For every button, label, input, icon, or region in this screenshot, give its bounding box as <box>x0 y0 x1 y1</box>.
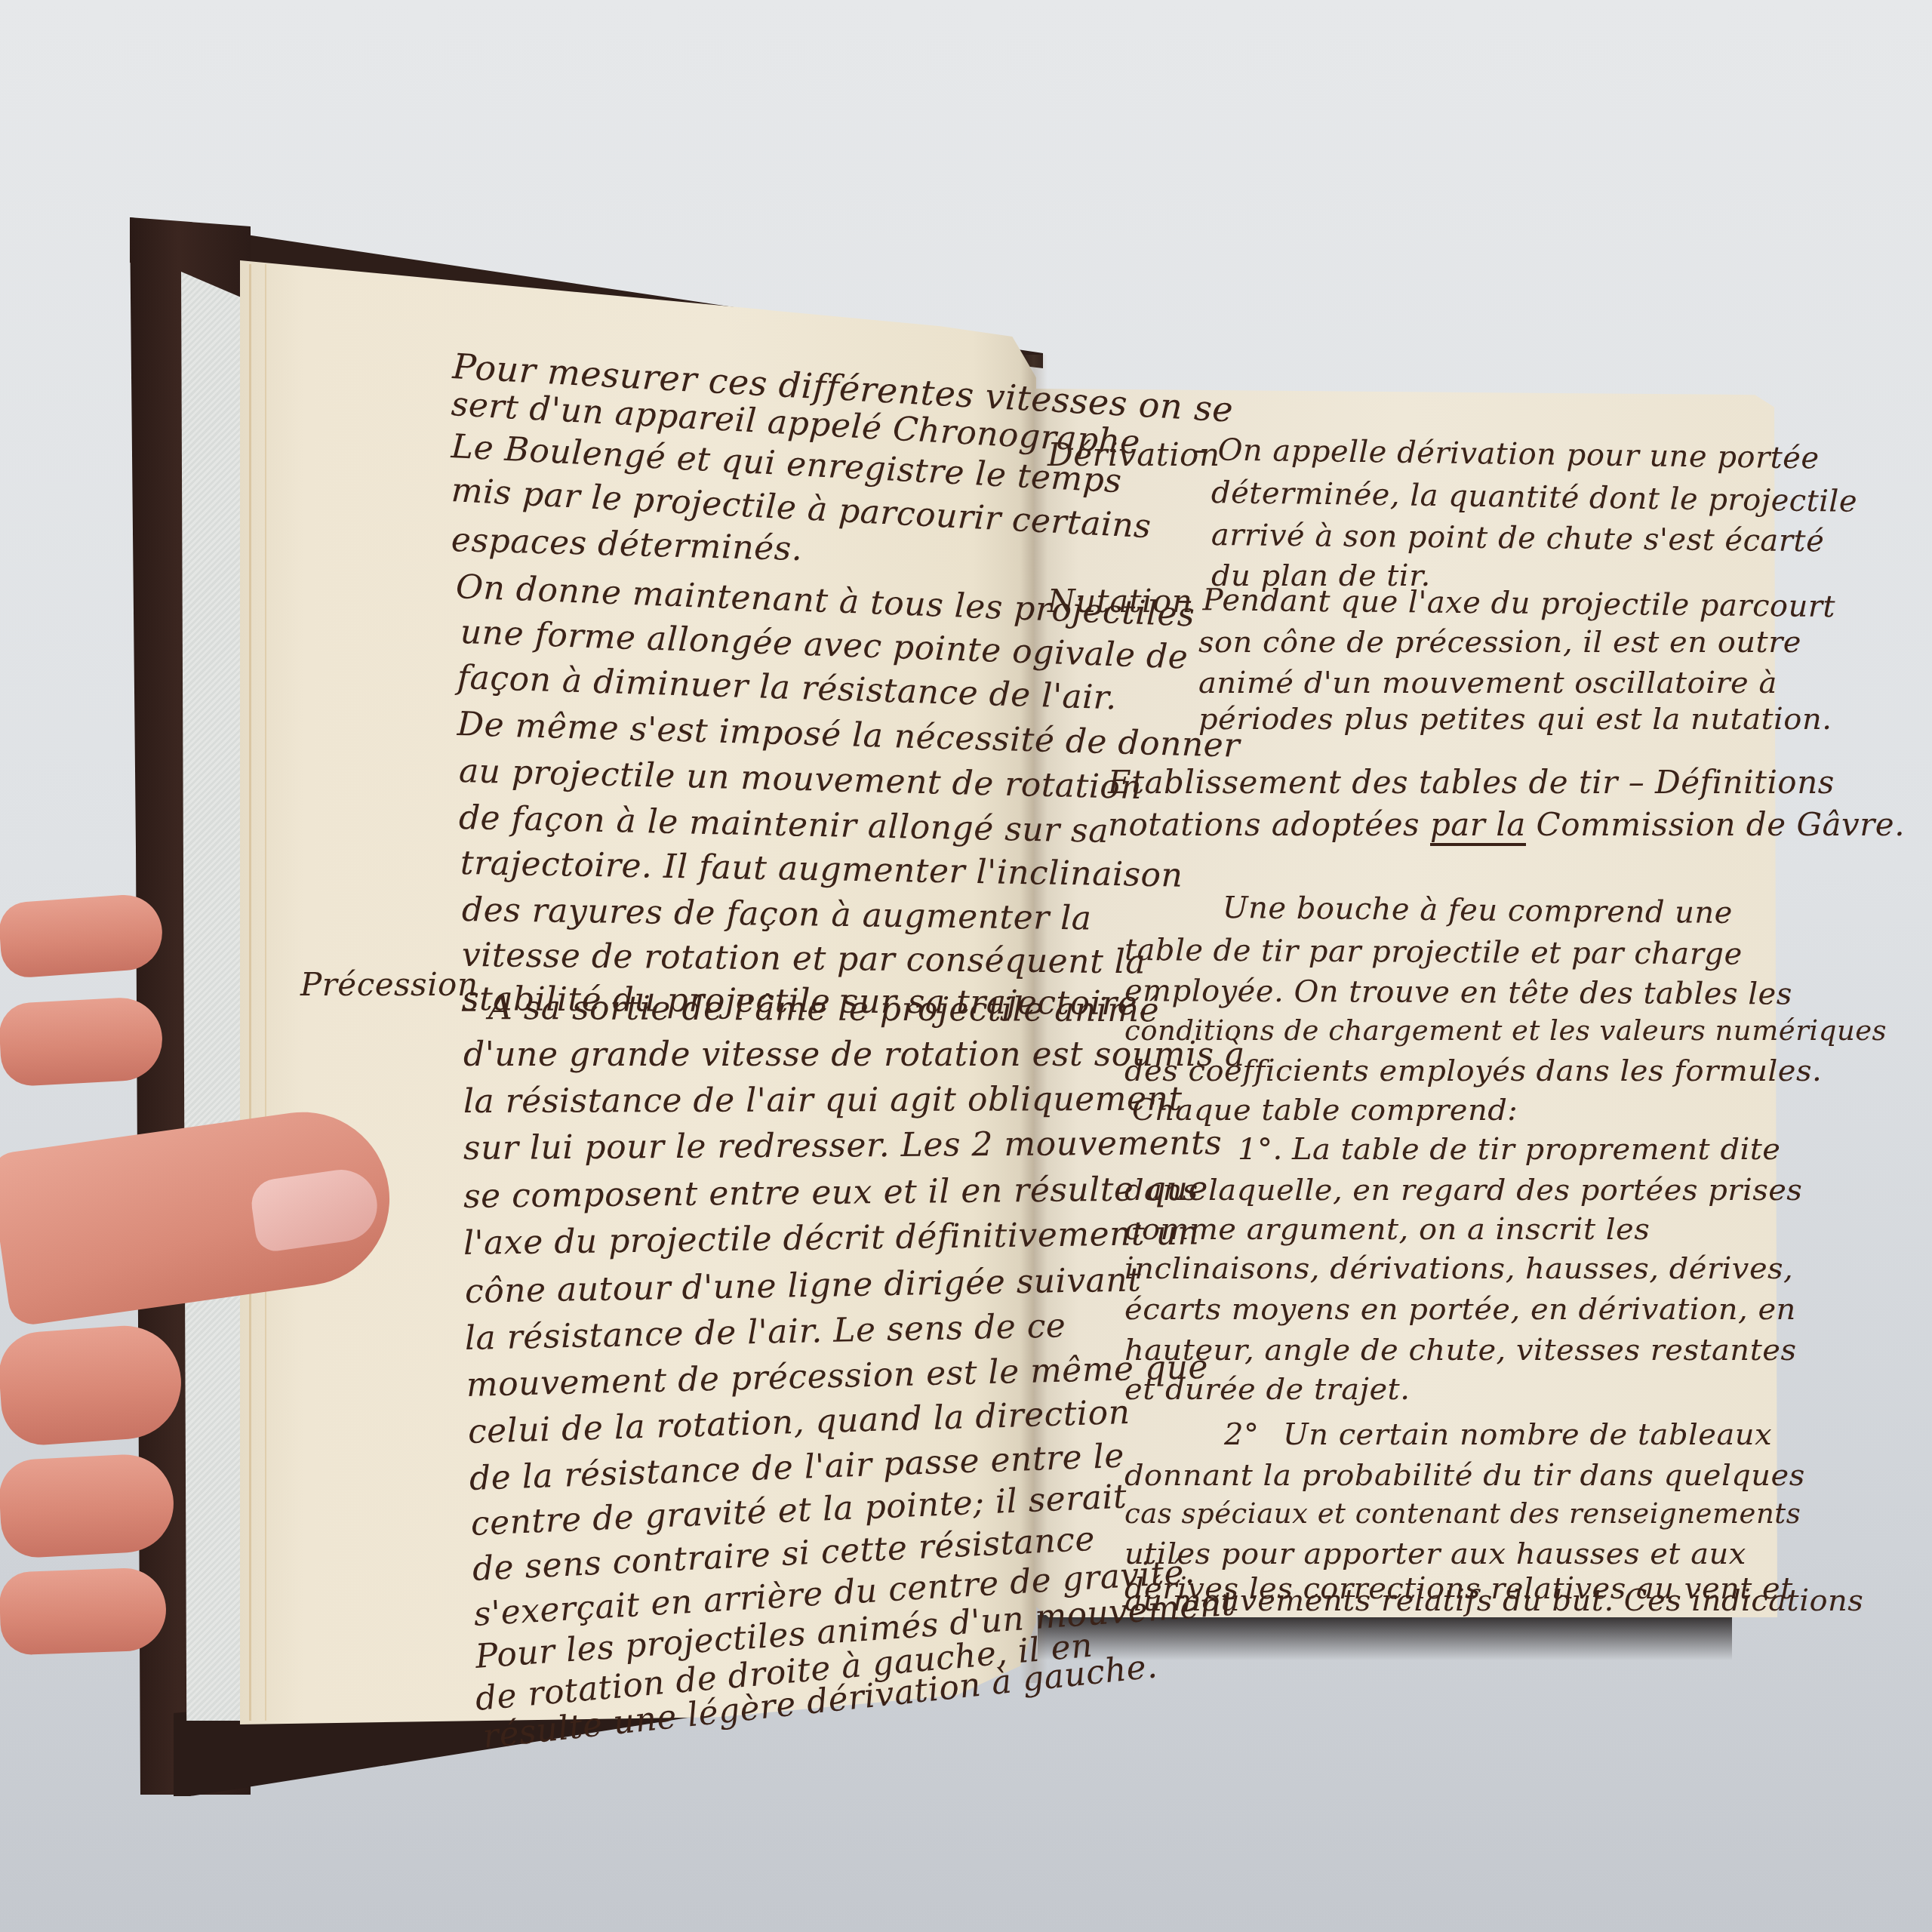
left-page-gilt-edge <box>249 264 266 1721</box>
list-item-line: cas spéciaux et contenant des renseignem… <box>1124 1497 1801 1530</box>
finger <box>0 1452 176 1559</box>
list-item-number: 1°. <box>1238 1132 1283 1167</box>
list-item-line: hauteur, angle de chute, vitesses restan… <box>1124 1333 1796 1367</box>
list-item-line: écarts moyens en portée, en dérivation, … <box>1124 1292 1796 1327</box>
definition-line: animé d'un mouvement oscillatoire à <box>1198 666 1777 700</box>
underlined-text: par la <box>1430 806 1526 846</box>
list-item-line: utiles pour apporter aux hausses et aux <box>1124 1537 1746 1571</box>
finger <box>0 893 165 980</box>
section-heading-line-1: Etablissement des tables de tir – Défini… <box>1108 764 1835 801</box>
body-line: table de tir par projectile et par charg… <box>1124 933 1743 972</box>
list-item-line: Un certain nombre de tableaux <box>1283 1417 1772 1452</box>
body-line: des coefficients employés dans les formu… <box>1124 1054 1822 1088</box>
list-item-line: comme argument, on a inscrit les <box>1124 1212 1650 1247</box>
body-line: Chaque table comprend: <box>1132 1093 1518 1128</box>
handwritten-line: sur lui pour le redresser. Les 2 mouveme… <box>463 1124 1223 1168</box>
list-item-line: dans laquelle, en regard des portées pri… <box>1124 1173 1802 1207</box>
section-heading-line-2: notations adoptées par la Commission de … <box>1108 806 1905 843</box>
handwritten-line: vitesse de rotation et par conséquent la <box>462 936 1146 981</box>
list-item-line: donnant la probabilité du tir dans quelq… <box>1124 1458 1805 1493</box>
finger <box>0 995 165 1087</box>
handwritten-line: – A sa sortie de l'âme le projectile ani… <box>460 989 1159 1029</box>
margin-label-precession: Précession <box>300 966 478 1003</box>
list-item-line: et durée de trajet. <box>1124 1372 1410 1407</box>
list-item-line: inclinaisons, dérivations, hausses, déri… <box>1124 1251 1793 1286</box>
body-line: conditions de chargement et les valeurs … <box>1124 1014 1887 1047</box>
list-item-number: 2° <box>1224 1417 1259 1452</box>
definition-term-nutation: Nutation <box>1048 583 1192 620</box>
list-item-line: La table de tir proprement dite <box>1292 1132 1781 1167</box>
body-line: employée. On trouve en tête des tables l… <box>1124 974 1792 1012</box>
definition-line: son cône de précession, il est en outre <box>1198 625 1801 660</box>
definition-line: – Pendant que l'axe du projectile parcou… <box>1177 583 1835 624</box>
definition-line: arrivé à son point de chute s'est écarté <box>1211 518 1825 559</box>
definition-line: périodes plus petites qui est la nutatio… <box>1198 702 1832 737</box>
finger <box>0 1567 168 1656</box>
handwritten-line: se composent entre eux et il en résulte … <box>463 1170 1209 1216</box>
body-line: Une bouche à feu comprend une <box>1223 891 1733 931</box>
handwritten-line: la résistance de l'air qui agit obliquem… <box>463 1080 1183 1121</box>
marbled-endpaper <box>181 272 249 1721</box>
list-item-line: au mouvements relatifs du but. Ces indic… <box>1124 1583 1863 1618</box>
